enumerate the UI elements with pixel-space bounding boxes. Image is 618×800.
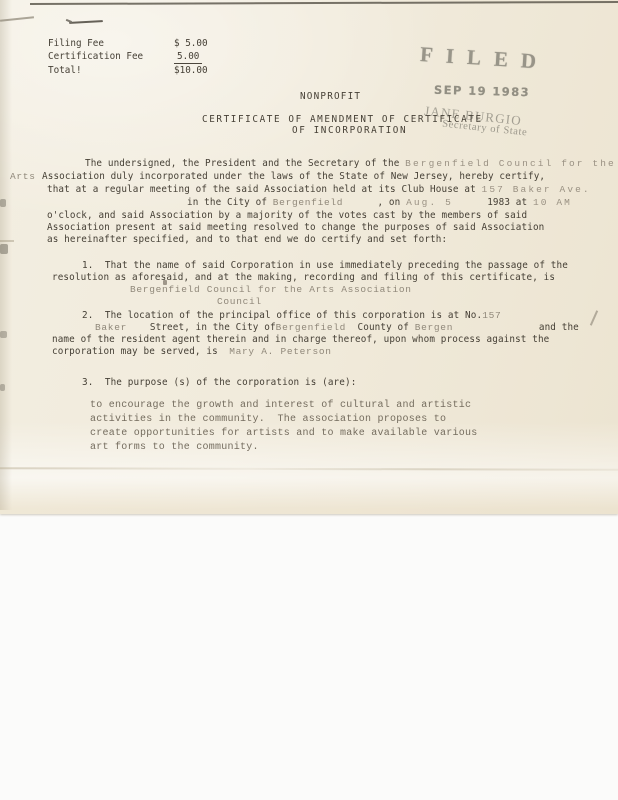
- edge-smudge: [0, 199, 6, 207]
- document-line: create opportunities for artists and to …: [90, 424, 478, 439]
- document-line: The undersigned, the President and the S…: [85, 155, 616, 169]
- fee-box: Filing Fee$ 5.00 Certification Fee5.00 T…: [48, 37, 208, 77]
- heading-certificate-line2: OF INCORPORATION: [292, 125, 407, 136]
- paper-top-edge-line: [30, 1, 618, 5]
- filed-date-stamp: SEP 19 1983: [434, 83, 530, 100]
- staple-mark: [69, 20, 103, 24]
- document-line: that at a regular meeting of the said As…: [47, 181, 591, 195]
- paper-left-shading: [0, 0, 12, 510]
- pen-slash-mark: [590, 310, 598, 325]
- document-line: as hereinafter specified, and to that en…: [47, 231, 447, 245]
- fee-value-underlined: 5.00: [174, 50, 202, 64]
- preprinted-form-text: as hereinafter specified, and to that en…: [47, 234, 447, 245]
- typed-fill-in-text: art forms to the community.: [90, 442, 259, 453]
- fee-label: Total!: [48, 64, 174, 77]
- paper-crease: [0, 467, 618, 471]
- document-line: in the City of Bergenfield , on Aug. 5 1…: [187, 194, 572, 208]
- document-line: art forms to the community.: [90, 438, 259, 453]
- fee-row: Certification Fee5.00: [48, 50, 208, 64]
- scanned-document: Filing Fee$ 5.00 Certification Fee5.00 T…: [0, 0, 618, 800]
- fee-value: $ 5.00: [174, 37, 208, 50]
- fee-label: Filing Fee: [48, 37, 174, 50]
- fee-row: Total!$10.00: [48, 64, 208, 77]
- paper-crease: [0, 240, 14, 242]
- edge-smudge: [0, 384, 5, 391]
- document-line: corporation may be served, is Mary A. Pe…: [52, 343, 332, 357]
- fee-label: Certification Fee: [48, 50, 174, 64]
- filed-stamp: FILED: [419, 42, 549, 75]
- preprinted-form-text: 3. The purpose (s) of the corporation is…: [82, 377, 356, 388]
- document-line: Bergenfield Council for the Arts Associa…: [130, 281, 412, 295]
- document-line: to encourage the growth and interest of …: [90, 396, 471, 411]
- typed-fill-in-text: Mary A. Peterson: [229, 346, 331, 357]
- preprinted-form-text: corporation may be served, is: [52, 346, 229, 357]
- fee-row: Filing Fee$ 5.00: [48, 37, 208, 50]
- typed-fill-in-text: Bergenfield Council for the Arts Associa…: [130, 284, 412, 295]
- document-line: 3. The purpose (s) of the corporation is…: [82, 374, 356, 388]
- document-page: Filing Fee$ 5.00 Certification Fee5.00 T…: [0, 0, 618, 514]
- document-line: activities in the community. The associa…: [90, 410, 446, 425]
- fee-total-value: $10.00: [174, 64, 208, 77]
- typed-fill-in-text: Council: [217, 296, 262, 307]
- document-line: Council: [217, 293, 262, 307]
- heading-nonprofit: NONPROFIT: [300, 91, 361, 102]
- typed-fill-in-text: Arts: [10, 171, 42, 182]
- typed-fill-in-text: 10 AM: [533, 197, 572, 208]
- heading-certificate-line1: CERTIFICATE OF AMENDMENT OF CERTIFICATE: [202, 114, 483, 125]
- edge-smudge: [0, 244, 8, 254]
- document-line: Arts Association duly incorporated under…: [10, 168, 545, 182]
- edge-smudge: [0, 331, 7, 338]
